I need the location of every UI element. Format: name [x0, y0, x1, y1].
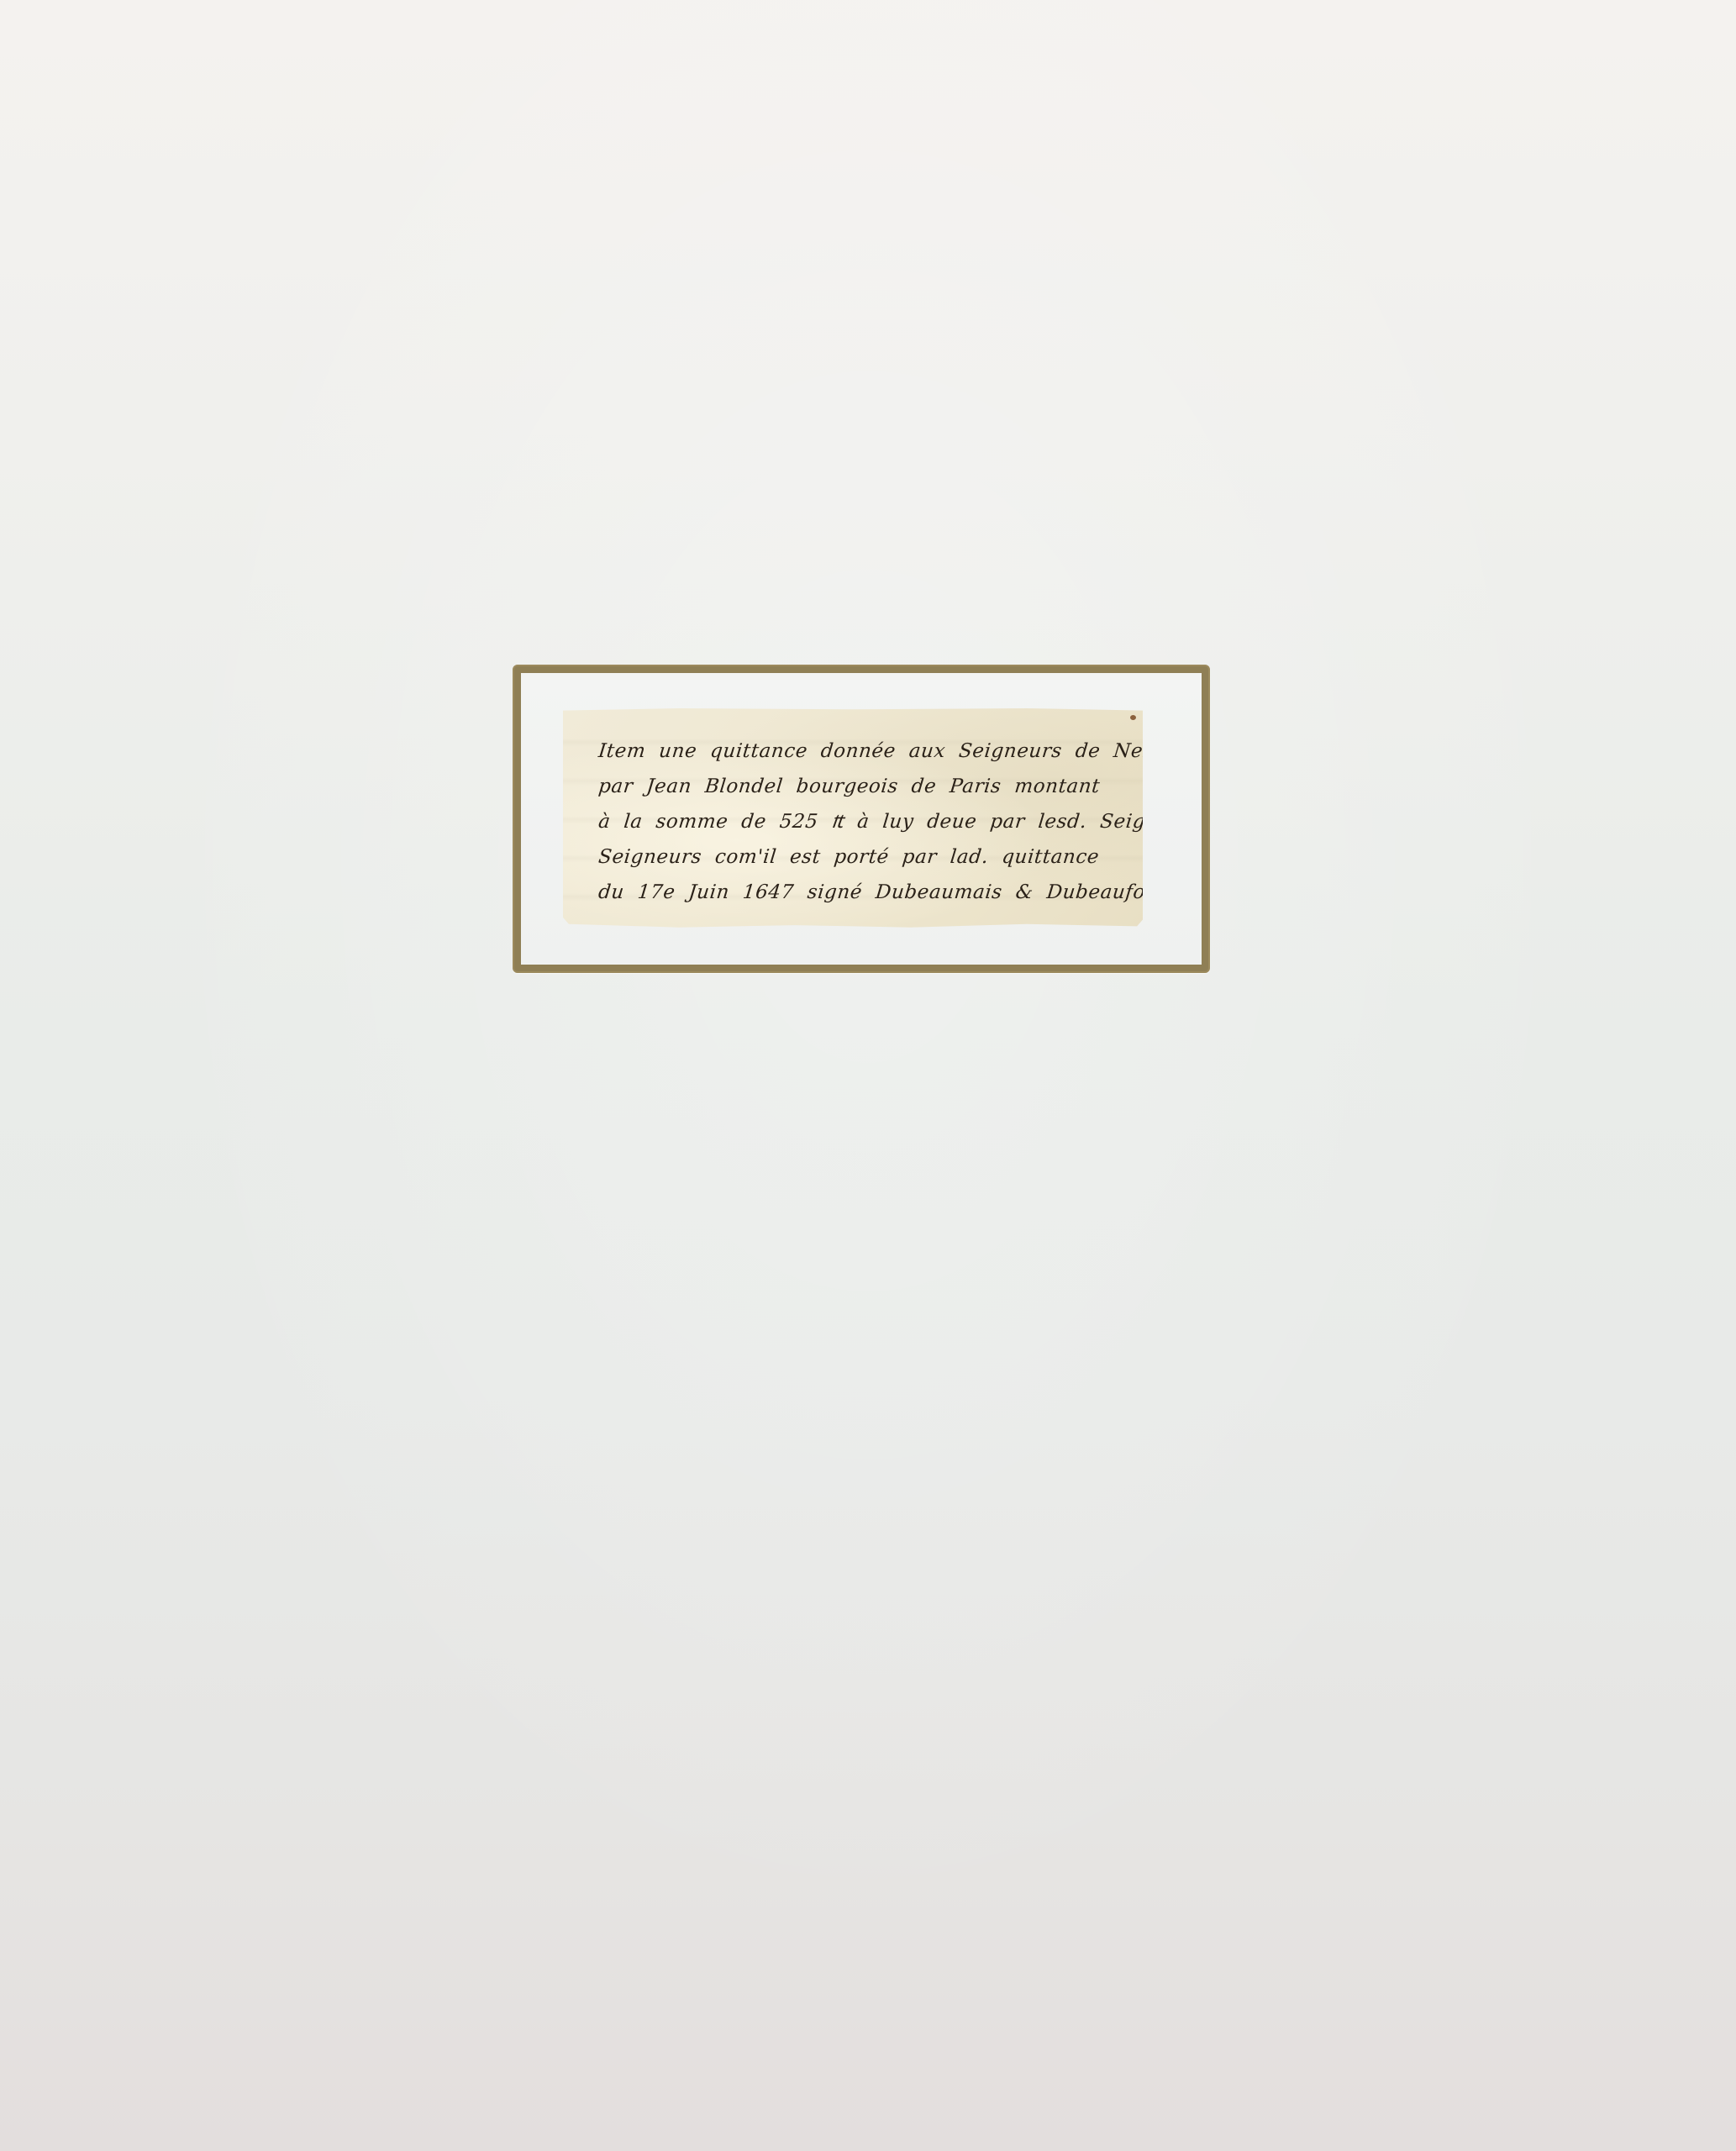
mat-shade	[0, 0, 1736, 2151]
manuscript-paper: Item une quittance donnée aux Seigneurs …	[563, 708, 1143, 928]
manuscript-line-5: du 17e Juin 1647 signé Dubeaumais & Dube…	[597, 875, 1121, 910]
manuscript-line-4: Seigneurs com'il est porté par lad. quit…	[597, 839, 1121, 875]
manuscript-line-2: par Jean Blondel bourgeois de Paris mont…	[597, 769, 1121, 804]
mat-board: Item une quittance donnée aux Seigneurs …	[0, 0, 1736, 2151]
manuscript-line-1: Item une quittance donnée aux Seigneurs …	[597, 734, 1121, 769]
gold-frame-fillet: Item une quittance donnée aux Seigneurs …	[513, 665, 1210, 973]
handwritten-text: Item une quittance donnée aux Seigneurs …	[597, 734, 1118, 910]
manuscript-line-3: à la somme de 525 ₶ à luy deue par lesd.…	[597, 804, 1121, 839]
inner-mat: Item une quittance donnée aux Seigneurs …	[521, 673, 1202, 965]
foxing-stain-icon	[1130, 715, 1136, 720]
